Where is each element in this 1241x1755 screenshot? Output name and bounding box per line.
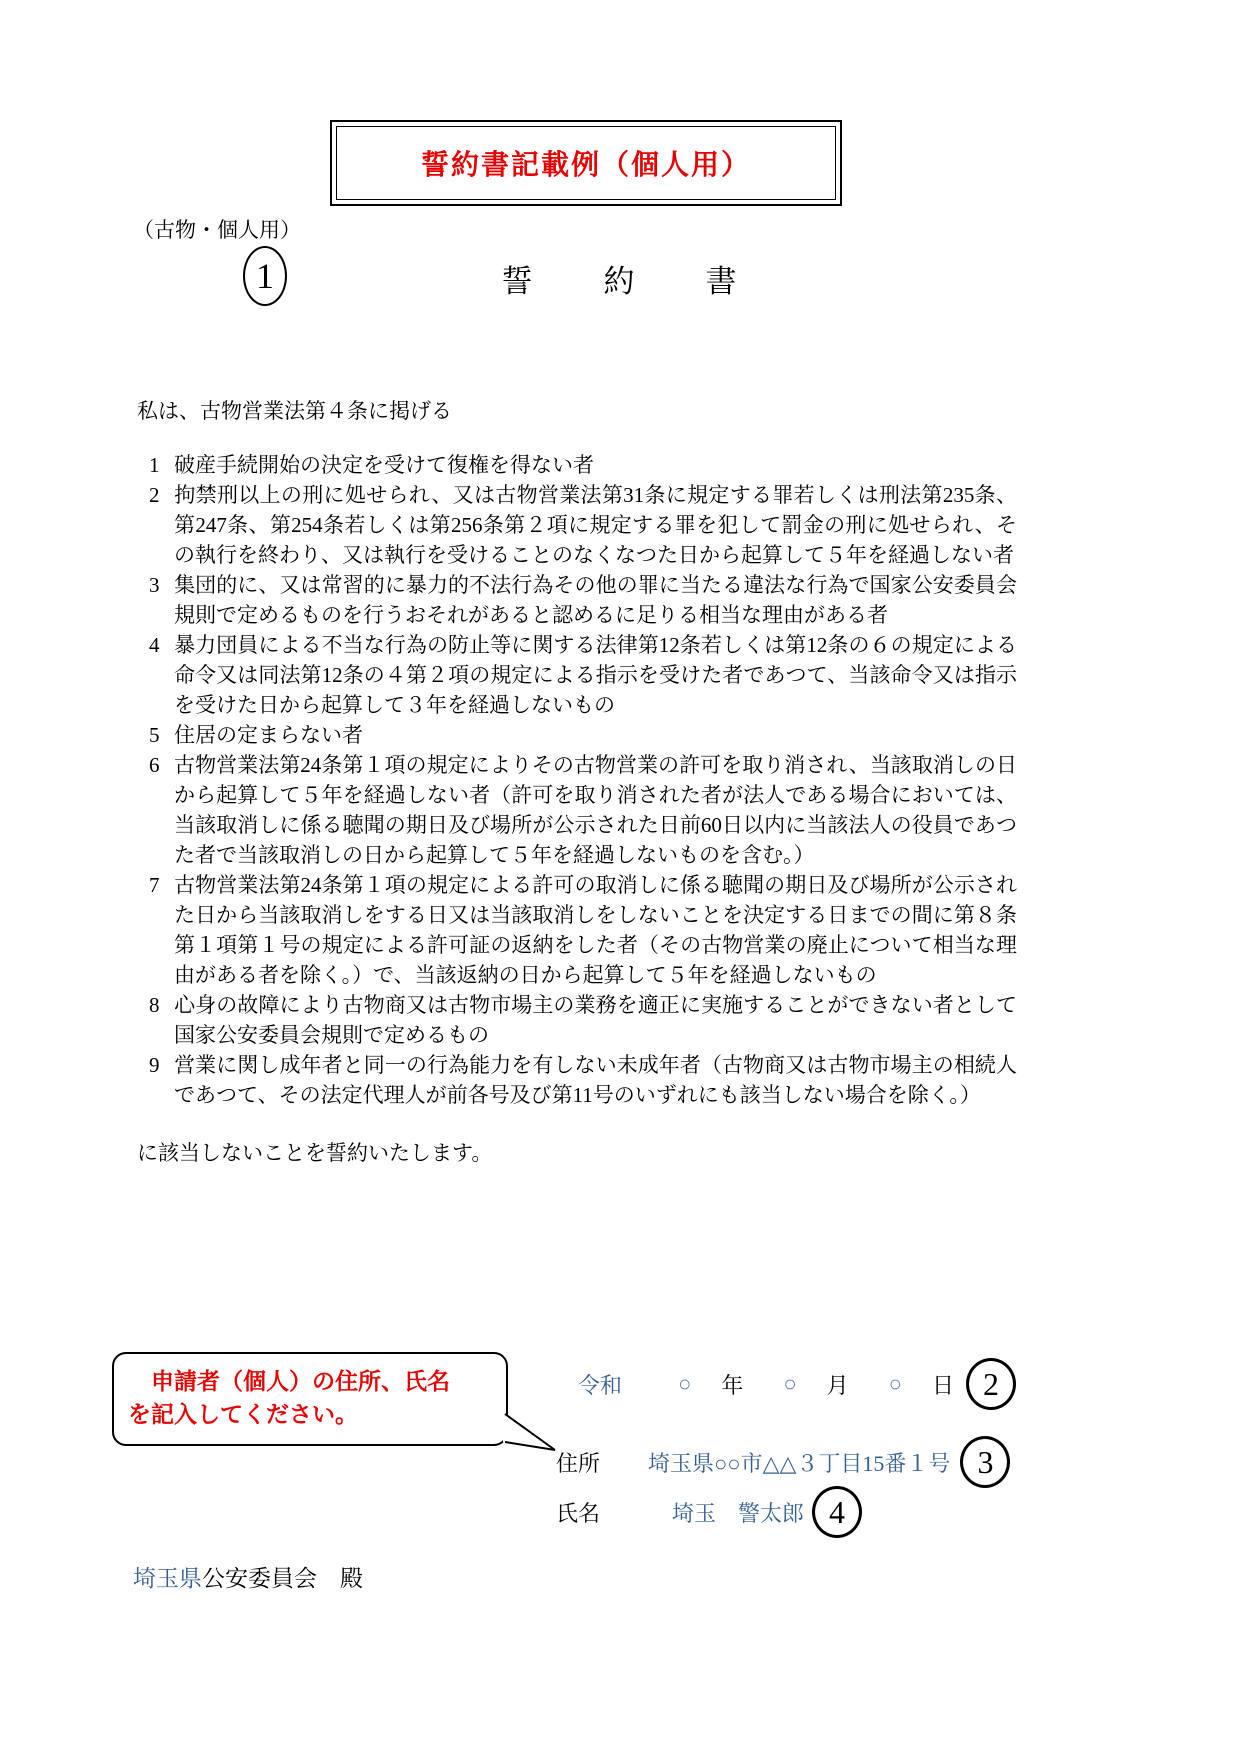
month-label: 月 [827, 1369, 849, 1400]
item-text: 心身の故障により古物商又は古物市場主の業務を適正に実施することができない者として… [174, 993, 1017, 1047]
list-item: 3集団的に、又は常習的に暴力的不法行為その他の罪に当たる違法な行為で国家公安委員… [137, 570, 1017, 630]
address-row: 住所 埼玉県○○市△△３丁目15番１号 3 [556, 1436, 1010, 1488]
name-value: 埼玉 警太郎 [672, 1497, 804, 1528]
item-number: 3 [137, 570, 174, 600]
item-text: 住居の定まらない者 [174, 723, 363, 747]
address-label: 住所 [556, 1447, 600, 1478]
document-body: 私は、古物営業法第４条に掲げる 1破産手続開始の決定を受けて復権を得ない者 2拘… [137, 396, 1017, 1168]
name-row: 氏名 埼玉 警太郎 4 [556, 1486, 862, 1538]
item-number: 9 [137, 1050, 174, 1080]
list-item: 1破産手続開始の決定を受けて復権を得ない者 [137, 450, 1017, 480]
annotation-circle-2: 2 [966, 1358, 1016, 1410]
date-row: 令和 ○ 年 ○ 月 ○ 日 2 [578, 1358, 1016, 1410]
pledge-document-page: 誓約書記載例（個人用） （古物・個人用） 1 誓 約 書 私は、古物営業法第４条… [0, 0, 1241, 1755]
recipient-commission: 公安委員会 殿 [202, 1566, 363, 1591]
list-item: 7古物営業法第24条第１項の規定による許可の取消しに係る聴聞の期日及び場所が公示… [137, 870, 1017, 990]
name-label: 氏名 [556, 1497, 600, 1528]
item-number: 1 [137, 450, 174, 480]
address-value: 埼玉県○○市△△３丁目15番１号 [648, 1447, 950, 1478]
list-item: 8心身の故障により古物商又は古物市場主の業務を適正に実施することができない者とし… [137, 990, 1017, 1050]
recipient-line: 埼玉県公安委員会 殿 [133, 1560, 363, 1593]
list-item: 4暴力団員による不当な行為の防止等に関する法律第12条若しくは第12条の６の規定… [137, 630, 1017, 720]
item-text: 拘禁刑以上の刑に処せられ、又は古物営業法第31条に規定する罪若しくは刑法第235… [174, 483, 1017, 567]
document-title: 誓 約 書 [0, 256, 1241, 301]
callout-tail [503, 1404, 563, 1456]
item-number: 6 [137, 750, 174, 780]
day-label: 日 [932, 1369, 954, 1400]
item-text: 古物営業法第24条第１項の規定によりその古物営業の許可を取り消され、当該取消しの… [174, 753, 1017, 867]
list-item: 5住居の定まらない者 [137, 720, 1017, 750]
intro-line: 私は、古物営業法第４条に掲げる [137, 396, 1017, 426]
year-placeholder-circle: ○ [678, 1371, 691, 1397]
item-number: 4 [137, 630, 174, 660]
list-item: 9営業に関し成年者と同一の行為能力を有しない未成年者（古物商又は古物市場主の相続… [137, 1050, 1017, 1110]
item-number: 7 [137, 870, 174, 900]
header-title-box: 誓約書記載例（個人用） [330, 120, 842, 206]
item-number: 8 [137, 990, 174, 1020]
annotation-circle-4: 4 [812, 1486, 862, 1538]
day-placeholder-circle: ○ [889, 1371, 902, 1397]
item-number: 5 [137, 720, 174, 750]
closing-line: に該当しないことを誓約いたします。 [137, 1138, 1017, 1168]
month-placeholder-circle: ○ [783, 1371, 796, 1397]
callout-text-line1: 申請者（個人）の住所、氏名 [128, 1365, 494, 1398]
form-type-label: （古物・個人用） [133, 214, 301, 244]
item-text: 集団的に、又は常習的に暴力的不法行為その他の罪に当たる違法な行為で国家公安委員会… [174, 573, 1017, 627]
header-title-box-inner: 誓約書記載例（個人用） [336, 126, 836, 200]
item-number: 2 [137, 480, 174, 510]
item-text: 古物営業法第24条第１項の規定による許可の取消しに係る聴聞の期日及び場所が公示さ… [174, 873, 1017, 987]
item-text: 暴力団員による不当な行為の防止等に関する法律第12条若しくは第12条の６の規定に… [174, 633, 1017, 717]
document-example-title: 誓約書記載例（個人用） [421, 143, 751, 183]
instruction-callout-bubble: 申請者（個人）の住所、氏名 を記入してください。 [112, 1352, 508, 1446]
era-label: 令和 [578, 1369, 622, 1400]
list-item: 2拘禁刑以上の刑に処せられ、又は古物営業法第31条に規定する罪若しくは刑法第23… [137, 480, 1017, 570]
annotation-circle-3: 3 [960, 1436, 1010, 1488]
item-text: 破産手続開始の決定を受けて復権を得ない者 [174, 453, 594, 477]
item-text: 営業に関し成年者と同一の行為能力を有しない未成年者（古物商又は古物市場主の相続人… [174, 1053, 1017, 1107]
callout-text-line2: を記入してください。 [128, 1398, 494, 1431]
year-label: 年 [721, 1369, 743, 1400]
recipient-prefecture: 埼玉県 [133, 1566, 202, 1591]
list-item: 6古物営業法第24条第１項の規定によりその古物営業の許可を取り消され、当該取消し… [137, 750, 1017, 870]
